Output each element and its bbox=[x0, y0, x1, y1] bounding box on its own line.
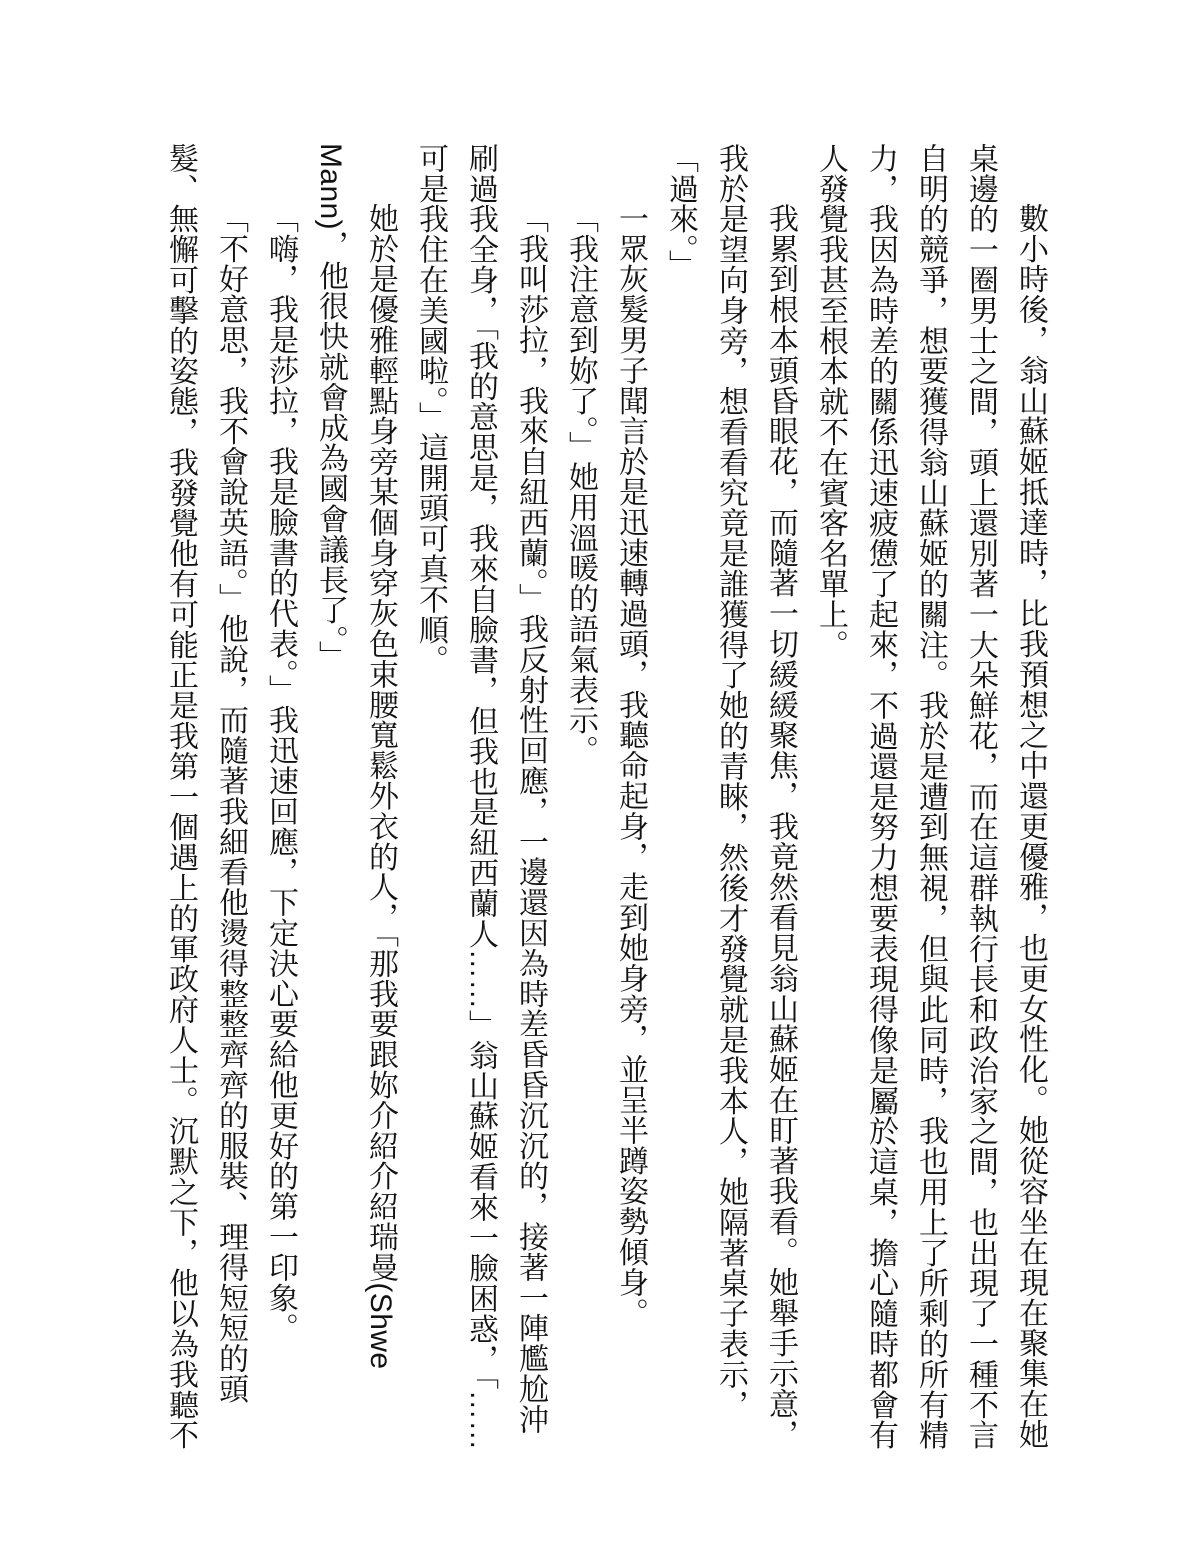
paragraph: 「不好意思，我不會說英語。」他說，而隨著我細看他燙得整整齊齊的服裝、理得短短的頭… bbox=[155, 143, 255, 1451]
paragraph: 我累到根本頭昏眼花，而隨著一切緩緩聚焦，我竟然看見翁山蘇姬在盯著我看。她舉手示意… bbox=[655, 143, 805, 1451]
book-page: 數小時後，翁山蘇姬抵達時，比我預想之中還更優雅，也更女性化。她從容坐在現在聚集在… bbox=[0, 0, 1200, 1554]
paragraph: 她於是優雅輕點身旁某個身穿灰色束腰寬鬆外衣的人，「那我要跟妳介紹介紹瑞曼(Shw… bbox=[305, 143, 405, 1451]
paragraph: 「嗨，我是莎拉，我是臉書的代表。」我迅速回應，下定決心要給他更好的第一印象。 bbox=[255, 143, 305, 1451]
paragraph: 「我注意到妳了。」她用溫暖的語氣表示。 bbox=[555, 143, 605, 1451]
vertical-text-block: 數小時後，翁山蘇姬抵達時，比我預想之中還更優雅，也更女性化。她從容坐在現在聚集在… bbox=[155, 143, 1055, 1451]
paragraph: 數小時後，翁山蘇姬抵達時，比我預想之中還更優雅，也更女性化。她從容坐在現在聚集在… bbox=[805, 143, 1055, 1451]
paragraph: 「我叫莎拉，我來自紐西蘭。」我反射性回應，一邊還因為時差昏昏沉沉的，接著一陣尷尬… bbox=[405, 143, 555, 1451]
paragraph: 一眾灰髮男子聞言於是迅速轉過頭，我聽命起身，走到她身旁，並呈半蹲姿勢傾身。 bbox=[605, 143, 655, 1451]
